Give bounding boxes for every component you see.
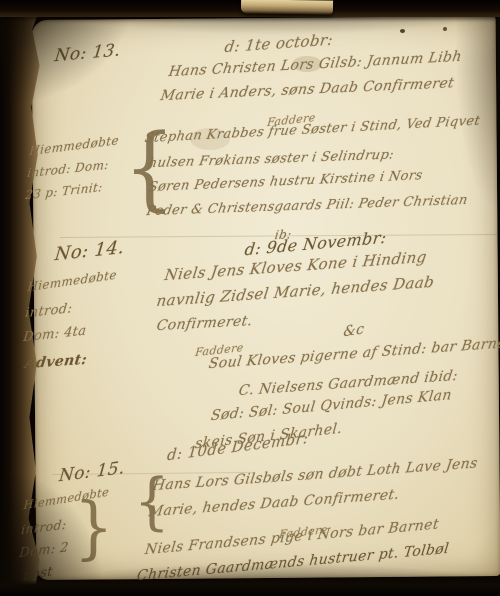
scanned-register-photo: No: 13. d: 1te octobr: Hans Christen Lor… xyxy=(0,0,500,596)
etcetera-mark: &c xyxy=(343,321,365,340)
ruler-stick-icon xyxy=(241,0,333,15)
margin-brace: } xyxy=(74,494,113,562)
photo-bottom-edge xyxy=(0,580,500,596)
